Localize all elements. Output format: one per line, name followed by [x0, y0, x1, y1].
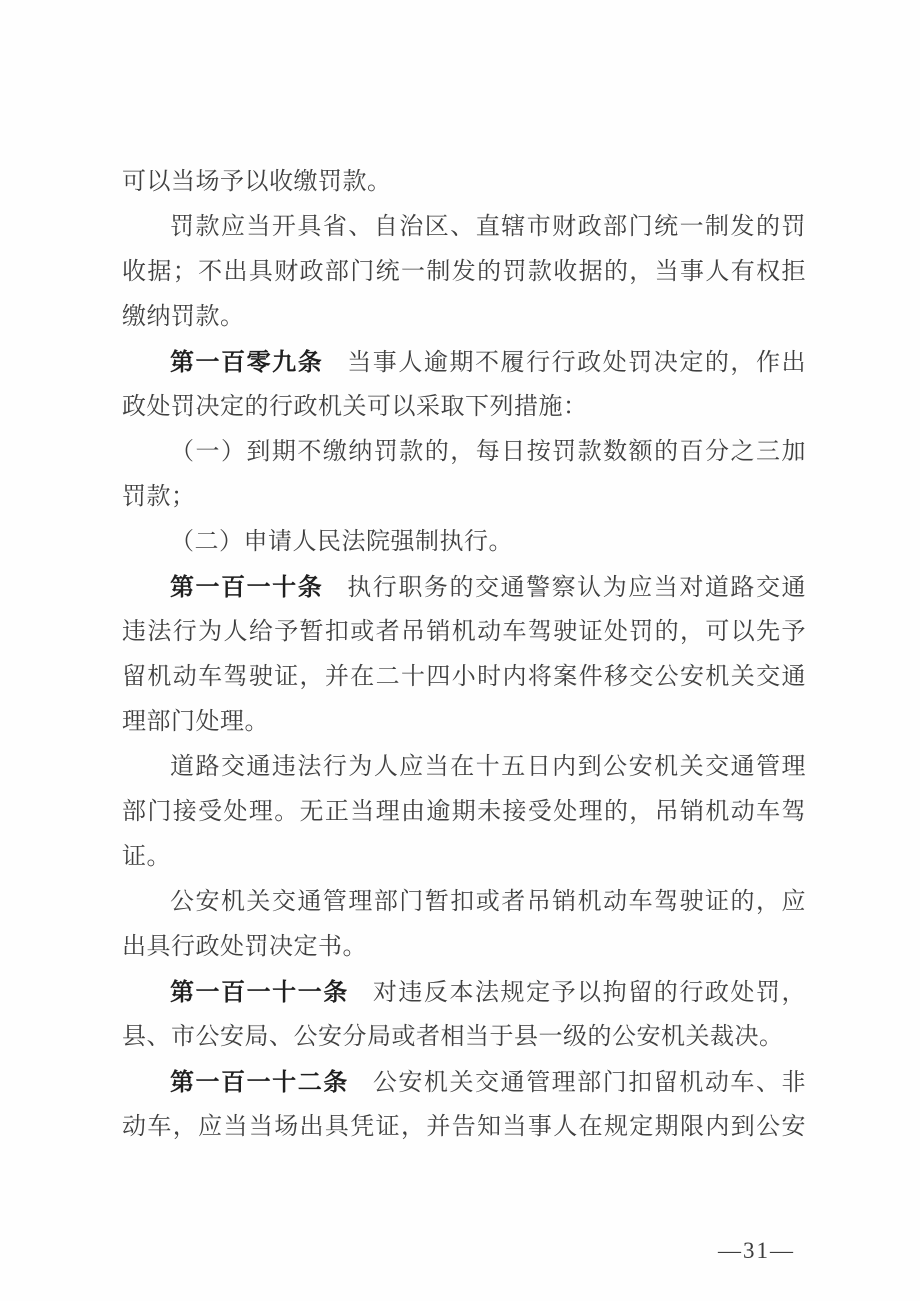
text-line: 可以当场予以收缴罚款。 — [122, 160, 806, 205]
text-line: 违法行为人给予暂扣或者吊销机动车驾驶证处罚的，可以先予扣 — [122, 610, 806, 655]
text-block: 可以当场予以收缴罚款。 罚款应当开具省、自治区、直辖市财政部门统一制发的罚款 收… — [122, 160, 806, 1150]
text-line: 留机动车驾驶证，并在二十四小时内将案件移交公安机关交通管 — [122, 655, 806, 700]
line-text: 出具行政处罚决定书。 — [122, 934, 367, 960]
line-text: 可以当场予以收缴罚款。 — [122, 169, 392, 195]
text-line: （二）申请人民法院强制执行。 — [122, 520, 806, 565]
page-number: —31— — [718, 1236, 808, 1266]
text-line: 第一百一十一条对违反本法规定予以拘留的行政处罚，由 — [122, 970, 806, 1015]
line-text: 留机动车驾驶证，并在二十四小时内将案件移交公安机关交通管 — [122, 664, 806, 700]
document-page: 可以当场予以收缴罚款。 罚款应当开具省、自治区、直辖市财政部门统一制发的罚款 收… — [0, 0, 920, 1301]
text-line: 罚款应当开具省、自治区、直辖市财政部门统一制发的罚款 — [122, 205, 806, 250]
text-line: 道路交通违法行为人应当在十五日内到公安机关交通管理 — [122, 745, 806, 790]
text-line: 证。 — [122, 835, 806, 880]
text-line: 第一百一十二条公安机关交通管理部门扣留机动车、非机 — [122, 1060, 806, 1105]
line-text: 理部门处理。 — [122, 709, 269, 735]
text-line: 出具行政处罚决定书。 — [122, 925, 806, 970]
text-line: 缴纳罚款。 — [122, 295, 806, 340]
text-line: 罚款； — [122, 475, 806, 520]
text-line: 第一百一十条执行职务的交通警察认为应当对道路交通 — [122, 565, 806, 610]
line-text: 罚款； — [122, 484, 196, 510]
article-number: 第一百一十一条 — [170, 979, 349, 1006]
line-text: 证。 — [122, 844, 171, 870]
text-line: 动车，应当当场出具凭证，并告知当事人在规定期限内到公安机 — [122, 1105, 806, 1150]
text-line: 部门接受处理。无正当理由逾期未接受处理的，吊销机动车驾驶 — [122, 790, 806, 835]
line-text: 动车，应当当场出具凭证，并告知当事人在规定期限内到公安机 — [122, 1114, 806, 1150]
line-text: （二）申请人民法院强制执行。 — [170, 529, 513, 555]
text-line: 收据；不出具财政部门统一制发的罚款收据的，当事人有权拒绝 — [122, 250, 806, 295]
text-line: （一）到期不缴纳罚款的，每日按罚款数额的百分之三加处 — [122, 430, 806, 475]
article-number: 第一百零九条 — [170, 349, 323, 376]
line-text: 政处罚决定的行政机关可以采取下列措施： — [122, 394, 588, 420]
line-text: 县、市公安局、公安分局或者相当于县一级的公安机关裁决。 — [122, 1024, 784, 1050]
article-number: 第一百一十条 — [170, 574, 323, 601]
text-line: 县、市公安局、公安分局或者相当于县一级的公安机关裁决。 — [122, 1015, 806, 1060]
line-text: 缴纳罚款。 — [122, 304, 245, 330]
text-line: 政处罚决定的行政机关可以采取下列措施： — [122, 385, 806, 430]
text-line: 理部门处理。 — [122, 700, 806, 745]
line-text: 罚款应当开具省、自治区、直辖市财政部门统一制发的罚款 — [122, 214, 806, 250]
line-text: （一）到期不缴纳罚款的，每日按罚款数额的百分之三加处 — [122, 439, 806, 475]
line-text: 公安机关交通管理部门暂扣或者吊销机动车驾驶证的，应当 — [122, 889, 806, 925]
text-line: 第一百零九条当事人逾期不履行行政处罚决定的，作出行 — [122, 340, 806, 385]
line-text: 部门接受处理。无正当理由逾期未接受处理的，吊销机动车驾驶 — [122, 799, 806, 835]
article-number: 第一百一十二条 — [170, 1069, 349, 1096]
line-text: 收据；不出具财政部门统一制发的罚款收据的，当事人有权拒绝 — [122, 259, 806, 295]
text-line: 公安机关交通管理部门暂扣或者吊销机动车驾驶证的，应当 — [122, 880, 806, 925]
line-text: 道路交通违法行为人应当在十五日内到公安机关交通管理 — [170, 754, 806, 780]
line-text: 执行职务的交通警察认为应当对道路交通 — [347, 575, 806, 601]
line-text: 违法行为人给予暂扣或者吊销机动车驾驶证处罚的，可以先予扣 — [122, 619, 806, 655]
